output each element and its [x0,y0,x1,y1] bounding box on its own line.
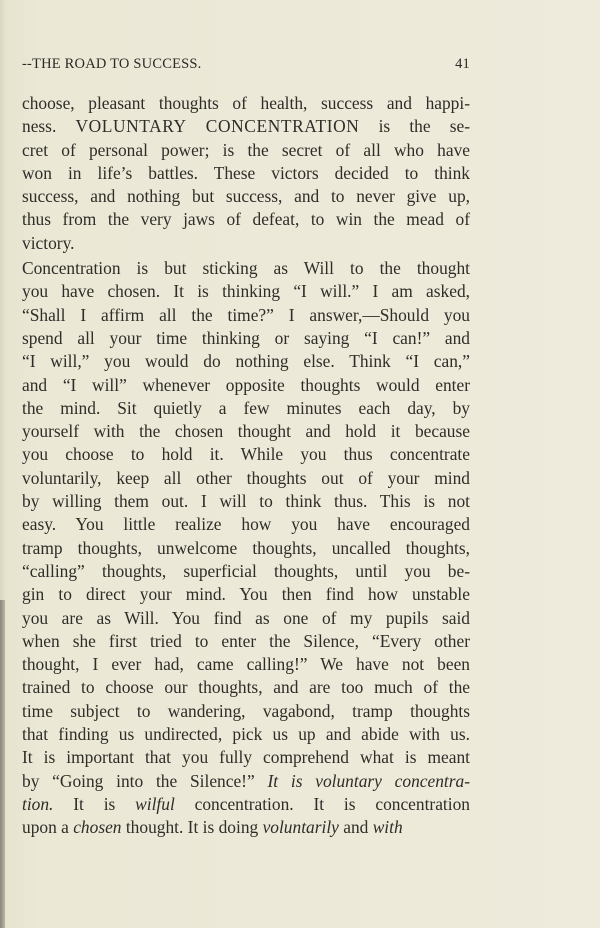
emphasis: tion. [22,794,53,814]
text-line: trained to choose our thoughts, and are … [22,676,470,699]
text-line: by “Going into the Silence!” It is volun… [22,770,470,793]
text-line: victory. [22,232,470,255]
text-line: ness. VOLUNTARY CONCENTRATION is the se- [22,115,470,138]
page-number: 41 [455,56,470,73]
text-line: cret of personal power; is the secret of… [22,139,470,162]
text-line: yourself with the chosen thought and hol… [22,420,470,443]
text-line: time subject to wandering, vagabond, tra… [22,700,470,723]
text-line: thought, I ever had, came calling!” We h… [22,653,470,676]
emphasis: voluntarily [263,817,339,837]
text-line: Concentration is but sticking as Will to… [22,257,470,280]
text-line: voluntarily, keep all other thoughts out… [22,467,470,490]
text-line: easy. You little realize how you have en… [22,513,470,536]
text-line: that finding us undirected, pick us up a… [22,723,470,746]
text-line: choose, pleasant thoughts of health, suc… [22,92,470,115]
text-line: thus from the very jaws of defeat, to wi… [22,208,470,231]
text-line: It is important that you fully comprehen… [22,746,470,769]
emphasis: with [373,817,403,837]
running-head: --THE ROAD TO SUCCESS. 41 [22,56,470,73]
text-line: “Shall I affirm all the time?” I answer,… [22,304,470,327]
text-line: spend all your time thinking or saying “… [22,327,470,350]
text-line: you have chosen. It is thinking “I will.… [22,280,470,303]
text-line: “calling” thoughts, superficial thoughts… [22,560,470,583]
text-line: tion. It is wilful concentration. It is … [22,793,470,816]
emphasis: wilful [135,794,175,814]
paragraph: choose, pleasant thoughts of health, suc… [22,92,470,255]
text-line: you choose to hold it. While you thus co… [22,443,470,466]
text-line: you are as Will. You find as one of my p… [22,607,470,630]
text-line: by willing them out. I will to think thu… [22,490,470,513]
text-line: when she first tried to enter the Silenc… [22,630,470,653]
text-line: “I will,” you would do nothing else. Thi… [22,350,470,373]
text-line: upon a chosen thought. It is doing volun… [22,816,470,839]
body-text: choose, pleasant thoughts of health, suc… [22,92,470,840]
emphasis: chosen [73,817,121,837]
text-line: gin to direct your mind. You then find h… [22,583,470,606]
text-line: and “I will” whenever opposite thoughts … [22,374,470,397]
text-line: tramp thoughts, unwelcome thoughts, unca… [22,537,470,560]
text-line: the mind. Sit quietly a few minutes each… [22,397,470,420]
emphasis: It is voluntary concentra- [267,771,470,791]
running-title: --THE ROAD TO SUCCESS. [22,56,202,73]
text-line: success, and nothing but success, and to… [22,185,470,208]
small-caps-phrase: VOLUNTARY CONCENTRATION [75,116,359,136]
text-line: won in life’s battles. These victors dec… [22,162,470,185]
paragraph: Concentration is but sticking as Will to… [22,257,470,839]
page-binding-edge [0,600,5,928]
